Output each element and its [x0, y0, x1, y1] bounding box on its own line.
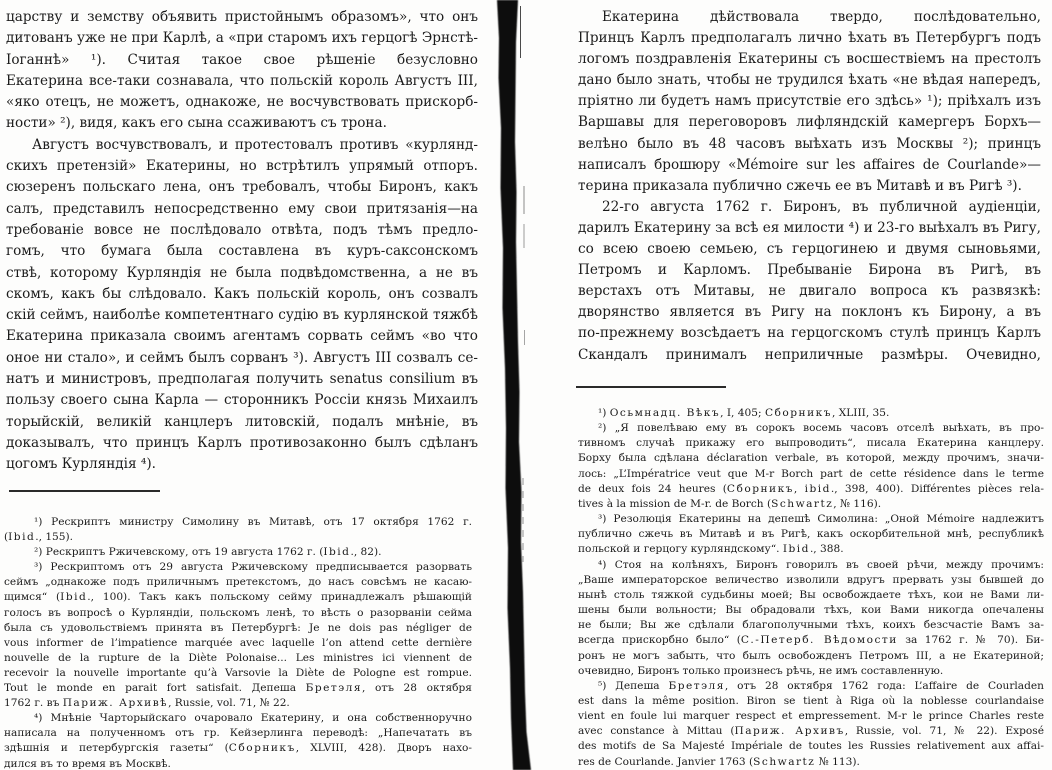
letterspaced-citation: Сборникъ	[727, 483, 794, 495]
text-line: ⁴) Стоя на колѣняхъ, Биронъ говорилъ въ …	[578, 558, 1044, 573]
text-line: ¹) Осьмнадц. Вѣкъ, I, 405; Сборникъ, XLI…	[578, 406, 1044, 421]
text-line: натъ и министровъ, предполагая получить …	[6, 369, 478, 390]
text-line: vient en foule lui marquer respect et em…	[578, 709, 1044, 724]
text-line: гомъ, что бумага была составлена въ куръ…	[6, 241, 478, 262]
letterspaced-citation: Сборникъ	[765, 407, 832, 419]
text-line: оное ни стало», и сеймъ былъ сорванъ ³).…	[6, 348, 478, 369]
text-line: написала на полученномъ отъ гр. Кейзерли…	[4, 726, 472, 741]
text-line: Варшавы для переговоровъ лифляндскій кам…	[578, 112, 1041, 133]
text-line: ронъ не могъ забыть, что былъ освобожден…	[578, 649, 1044, 664]
text-line: Екатерина все-таки сознавала, что польск…	[6, 71, 478, 92]
text-line: Петромъ и Карломъ. Пребываніе Бирона въ …	[578, 260, 1041, 281]
text-line: 22-го августа 1762 г. Биронъ, въ публичн…	[578, 197, 1041, 218]
letterspaced-citation: Ibid	[783, 543, 810, 555]
text-line: res de Courlande. Janvier 1763 (Schwartz…	[578, 755, 1044, 770]
text-line: Екатерина приказала своимъ агентамъ сорв…	[6, 326, 478, 347]
letterspaced-citation: С.-Петерб. Вѣдомости	[741, 634, 898, 646]
text-line: очевидно, Биронъ только произнесъ рѣчь, …	[578, 664, 1044, 679]
text-line: дился въ то время въ Москвѣ.	[4, 757, 472, 770]
letterspaced-citation: Ibid	[8, 531, 35, 543]
text-line: Борху была сдѣлана déclaration verbale, …	[578, 451, 1044, 466]
text-line: ²) „Я повелѣваю ему въ сорокъ восемь час…	[578, 421, 1044, 436]
text-line: ⁴) Мнѣніе Чарторыйскаго очаровало Екатер…	[4, 711, 472, 726]
text-line: шены были вольности; Вы обрадовали тѣхъ,…	[578, 603, 1044, 618]
text-line: сеймъ „однакоже подъ приличнымъ претекст…	[4, 575, 472, 590]
letterspaced-citation: Бретэля	[668, 680, 724, 692]
text-line: дитованъ уже не при Карлѣ, а «при старом…	[6, 28, 478, 49]
text-line: ¹) Рескриптъ министру Симолину въ Митавѣ…	[4, 515, 472, 530]
text-line: щимся“ (Ibid., 100). Такъ какъ польскому…	[4, 590, 472, 605]
text-line: цогомъ Курляндія ⁴).	[6, 454, 478, 475]
letterspaced-citation: Schwartz	[753, 756, 815, 768]
text-line: (Ibid., 155).	[4, 530, 472, 545]
text-line: ⁵) Депеша Бретэля, отъ 28 октября 1762 г…	[578, 679, 1044, 694]
text-line: доказывалъ, что принцъ Карлъ противозако…	[6, 433, 478, 454]
letterspaced-citation: Ibid	[60, 591, 87, 603]
text-line: по-прежнему возсѣдаетъ на герцогскомъ ст…	[578, 323, 1041, 344]
text-line: велѣно было въ 48 часовъ выѣхать изъ Мос…	[578, 134, 1041, 155]
text-line: ности» ²), видя, какъ его сына ссаживают…	[6, 113, 478, 134]
text-line: „Ваше императорское величество изволили …	[578, 573, 1044, 588]
right-page-main-text: Екатерина дѣйствовала твердо, послѣдоват…	[578, 7, 1041, 366]
text-line: голосъ въ вопросѣ о Курляндіи, польскомъ…	[4, 606, 472, 621]
text-line: ³) Резолюція Екатерины на депешѣ Симолин…	[578, 512, 1044, 527]
text-line: tives à la mission de M-r. de Borch (Sch…	[578, 497, 1044, 512]
text-line: des motifs de Sa Majesté Impériale de to…	[578, 739, 1044, 754]
text-line: лось: „L’Impératrice veut que M-r Borch …	[578, 467, 1044, 482]
text-line: пріятно ли будетъ намъ присутствіе его з…	[578, 91, 1041, 112]
text-line: vous informer de l’impatience marquée av…	[4, 636, 472, 651]
left-page-footnotes: ¹) Рескриптъ министру Симолину въ Митавѣ…	[4, 515, 472, 770]
letterspaced-citation: Ibid	[323, 546, 350, 558]
right-footnote-separator	[576, 386, 726, 388]
text-line: польской и герцогу курляндскому“. Ibid.,…	[578, 542, 1044, 557]
text-line: дарилъ Екатерину за всѣ ея милости ⁴) и …	[578, 218, 1041, 239]
gutter-shadow-strip	[497, 0, 531, 770]
text-line: пользу своего сына Карла — сторонникъ Ро…	[6, 390, 478, 411]
text-line: Скандалъ принималъ неприличные размѣры. …	[578, 345, 1041, 366]
text-line: логомъ поздравленія Екатерины съ восшест…	[578, 49, 1041, 70]
text-line: сюзеренъ польскаго лена, онъ требовалъ, …	[6, 177, 478, 198]
text-line: царству и земству объявить пристойнымъ о…	[6, 7, 478, 28]
letterspaced-citation: ibid	[805, 483, 831, 495]
text-line: написалъ брошюру «Mémoire sur les affair…	[578, 155, 1041, 176]
letterspaced-citation: Париж. Архивѣ	[63, 697, 168, 709]
text-line: nouvelle de la rupture de la Diète Polon…	[4, 651, 472, 666]
text-line: ³) Рескриптомъ отъ 29 августа Ржичевском…	[4, 560, 472, 575]
text-line: была съ удовольствіемъ принята въ Петерб…	[4, 621, 472, 636]
text-line: со всею своею семьею, съ герцогинею и дв…	[578, 239, 1041, 260]
text-line: тивномъ случаѣ прикажу его выпроводить“,…	[578, 436, 1044, 451]
text-line: ²) Рескриптъ Ржичевскому, отъ 19 августа…	[4, 545, 472, 560]
text-line: 1762 г. въ Париж. Архивѣ, Russie, vol. 7…	[4, 696, 472, 711]
text-line: всегда прискорбно было“ (С.-Петерб. Вѣдо…	[578, 633, 1044, 648]
text-line: верстахъ отъ Митавы, не двигало вопроса …	[578, 281, 1041, 302]
page-gutter-shadow	[480, 0, 540, 770]
text-line: нынѣ столь тяжкой судьбины моей; Вы осво…	[578, 588, 1044, 603]
text-line: скій сеймъ, наиболѣе компетентнаго судію…	[6, 305, 478, 326]
text-line: терина приказала публично сжечь ее въ Ми…	[578, 176, 1041, 197]
letterspaced-citation: Бретэля	[306, 682, 362, 694]
text-line: дворянство является въ Ригу на поклонъ к…	[578, 302, 1041, 323]
text-line: публично сжечь въ Митавѣ и въ Ригѣ, какъ…	[578, 527, 1044, 542]
text-line: Августъ восчувствовалъ, и протестовалъ п…	[6, 135, 478, 156]
text-line: салъ, представилъ непосредственно ему св…	[6, 199, 478, 220]
text-line: торыйскій, великій канцлеръ литовскій, п…	[6, 412, 478, 433]
letterspaced-citation: Сборникъ	[229, 742, 296, 754]
text-line: Принцъ Карлъ предполагалъ лично ѣхать въ…	[578, 28, 1041, 49]
text-line: «яко отецъ, не можетъ, однакоже, не восч…	[6, 92, 478, 113]
text-line: ствѣ, которому Курляндія не была подвѣдо…	[6, 263, 478, 284]
text-line: не были; Вы же сдѣлали благополучными тѣ…	[578, 618, 1044, 633]
text-line: требованіе вовсе не послѣдовало отвѣта, …	[6, 220, 478, 241]
text-line: скомъ, какъ бы слѣдовало. Какъ польскій …	[6, 284, 478, 305]
text-line: Екатерина дѣйствовала твердо, послѣдоват…	[578, 7, 1041, 28]
text-line: Іоганнѣ» ¹). Считая такое свое рѣшеніе б…	[6, 50, 478, 71]
left-page-main-text: царству и земству объявить пристойнымъ о…	[6, 7, 478, 476]
letterspaced-citation: Осьмнадц. Вѣкъ	[610, 407, 720, 419]
letterspaced-citation: Schwartz	[771, 498, 833, 510]
text-line: recevoir la nouvelle importante qu’à Var…	[4, 666, 472, 681]
left-footnote-separator	[9, 490, 160, 492]
text-line: Tout le monde en parait fort satisfait. …	[4, 681, 472, 696]
text-line: de deux fois 24 heures (Сборникъ, ibid.,…	[578, 482, 1044, 497]
letterspaced-citation: Париж. Архивъ	[734, 725, 844, 737]
text-line: avec constance à Mittau (Париж. Архивъ, …	[578, 724, 1044, 739]
text-line: здѣшнія и петербургскія газеты“ (Сборник…	[4, 741, 472, 756]
right-page-footnotes: ¹) Осьмнадц. Вѣкъ, I, 405; Сборникъ, XLI…	[578, 406, 1044, 770]
text-line: скихъ претензій» Екатерины, но встрѣтилъ…	[6, 156, 478, 177]
text-line: дано было знать, чтобы не трудился ѣхать…	[578, 70, 1041, 91]
text-line: est dans la même position. Biron se tien…	[578, 694, 1044, 709]
